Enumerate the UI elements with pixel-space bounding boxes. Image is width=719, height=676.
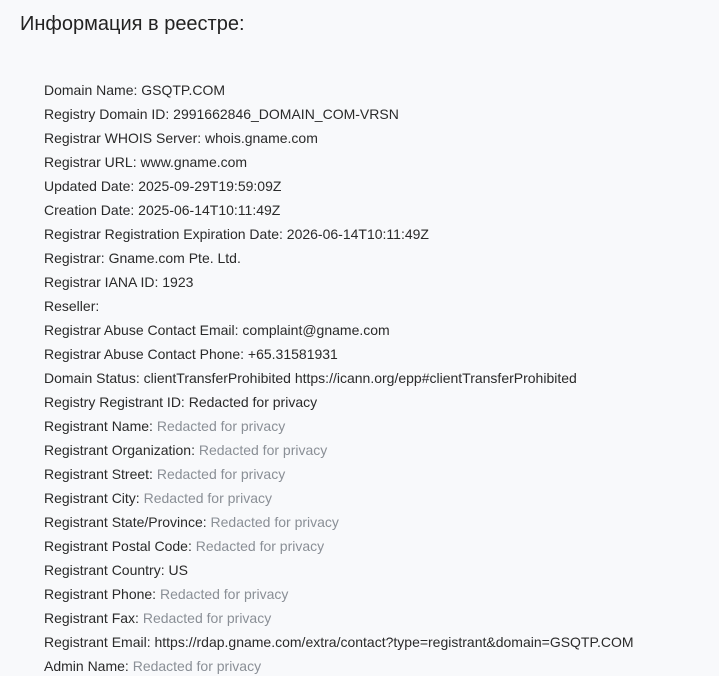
record-value: complaint@gname.com [242,322,389,338]
record-value-redacted: Redacted for privacy [157,466,285,482]
whois-record-row: Registrant Postal Code: Redacted for pri… [44,534,634,558]
whois-record-row: Registrant State/Province: Redacted for … [44,510,634,534]
record-value: 2991662846_DOMAIN_COM-VRSN [173,106,399,122]
record-label: Registrant Organization: [44,442,195,458]
record-label: Admin Name: [44,658,129,674]
record-label: Creation Date: [44,202,134,218]
record-label: Registrant City: [44,490,140,506]
whois-record-row: Registrar WHOIS Server: whois.gname.com [44,126,634,150]
whois-record-row: Admin Name: Redacted for privacy [44,654,634,676]
whois-record-row: Registrant Phone: Redacted for privacy [44,582,634,606]
record-value-redacted: Redacted for privacy [211,514,339,530]
whois-record-row: Updated Date: 2025-09-29T19:59:09Z [44,174,634,198]
record-label: Registrant Country: [44,562,165,578]
record-value: GSQTP.COM [141,82,225,98]
record-value-redacted: Redacted for privacy [160,586,288,602]
whois-record-row: Registrant City: Redacted for privacy [44,486,634,510]
whois-record-row: Creation Date: 2025-06-14T10:11:49Z [44,198,634,222]
record-value: whois.gname.com [205,130,318,146]
record-label: Registrant Phone: [44,586,156,602]
whois-record-row: Registrar Registration Expiration Date: … [44,222,634,246]
whois-record-row: Registrar Abuse Contact Email: complaint… [44,318,634,342]
record-label: Registrar IANA ID: [44,274,158,290]
record-label: Registrar URL: [44,154,137,170]
record-value: 2025-09-29T19:59:09Z [138,178,281,194]
record-label: Registrar Abuse Contact Email: [44,322,239,338]
whois-record-row: Reseller: [44,294,634,318]
whois-record-row: Registrant Organization: Redacted for pr… [44,438,634,462]
record-label: Reseller: [44,298,99,314]
record-label: Registrar Abuse Contact Phone: [44,346,244,362]
whois-record-row: Registrant Country: US [44,558,634,582]
record-value: www.gname.com [140,154,247,170]
whois-record-row: Registrant Street: Redacted for privacy [44,462,634,486]
record-value: 1923 [162,274,193,290]
record-value-redacted: Redacted for privacy [144,490,272,506]
whois-record-row: Registrar: Gname.com Pte. Ltd. [44,246,634,270]
record-label: Registrar Registration Expiration Date: [44,226,283,242]
record-label: Registrant Postal Code: [44,538,192,554]
record-value: 2026-06-14T10:11:49Z [287,226,429,242]
whois-record-row: Registrant Fax: Redacted for privacy [44,606,634,630]
record-label: Registrant State/Province: [44,514,207,530]
record-label: Domain Name: [44,82,137,98]
record-label: Registrant Fax: [44,610,139,626]
whois-record-row: Registrar Abuse Contact Phone: +65.31581… [44,342,634,366]
whois-record-row: Domain Status: clientTransferProhibited … [44,366,634,390]
record-value: 2025-06-14T10:11:49Z [138,202,280,218]
record-label: Registrant Name: [44,418,153,434]
record-value-redacted: Redacted for privacy [133,658,261,674]
record-value-redacted: Redacted for privacy [143,610,271,626]
record-label: Registry Domain ID: [44,106,169,122]
section-title: Информация в реестре: [20,10,245,38]
record-value-redacted: Redacted for privacy [196,538,324,554]
whois-record-list: Domain Name: GSQTP.COMRegistry Domain ID… [44,78,634,676]
record-value: +65.31581931 [248,346,338,362]
whois-record-row: Registry Registrant ID: Redacted for pri… [44,390,634,414]
record-value-redacted: Redacted for privacy [157,418,285,434]
record-label: Registrar: [44,250,105,266]
record-value: Redacted for privacy [189,394,317,410]
record-value: https://rdap.gname.com/extra/contact?typ… [154,634,633,650]
record-value: US [169,562,188,578]
record-label: Registrant Email: [44,634,151,650]
record-value: Gname.com Pte. Ltd. [109,250,241,266]
record-label: Registrant Street: [44,466,153,482]
record-value: clientTransferProhibited https://icann.o… [144,370,577,386]
whois-record-row: Registrant Name: Redacted for privacy [44,414,634,438]
record-label: Registry Registrant ID: [44,394,185,410]
record-value-redacted: Redacted for privacy [199,442,327,458]
record-label: Registrar WHOIS Server: [44,130,201,146]
whois-record-row: Registrar IANA ID: 1923 [44,270,634,294]
record-label: Domain Status: [44,370,140,386]
record-label: Updated Date: [44,178,134,194]
whois-record-row: Registrar URL: www.gname.com [44,150,634,174]
whois-record-row: Registrant Email: https://rdap.gname.com… [44,630,634,654]
whois-record-row: Domain Name: GSQTP.COM [44,78,634,102]
whois-record-row: Registry Domain ID: 2991662846_DOMAIN_CO… [44,102,634,126]
